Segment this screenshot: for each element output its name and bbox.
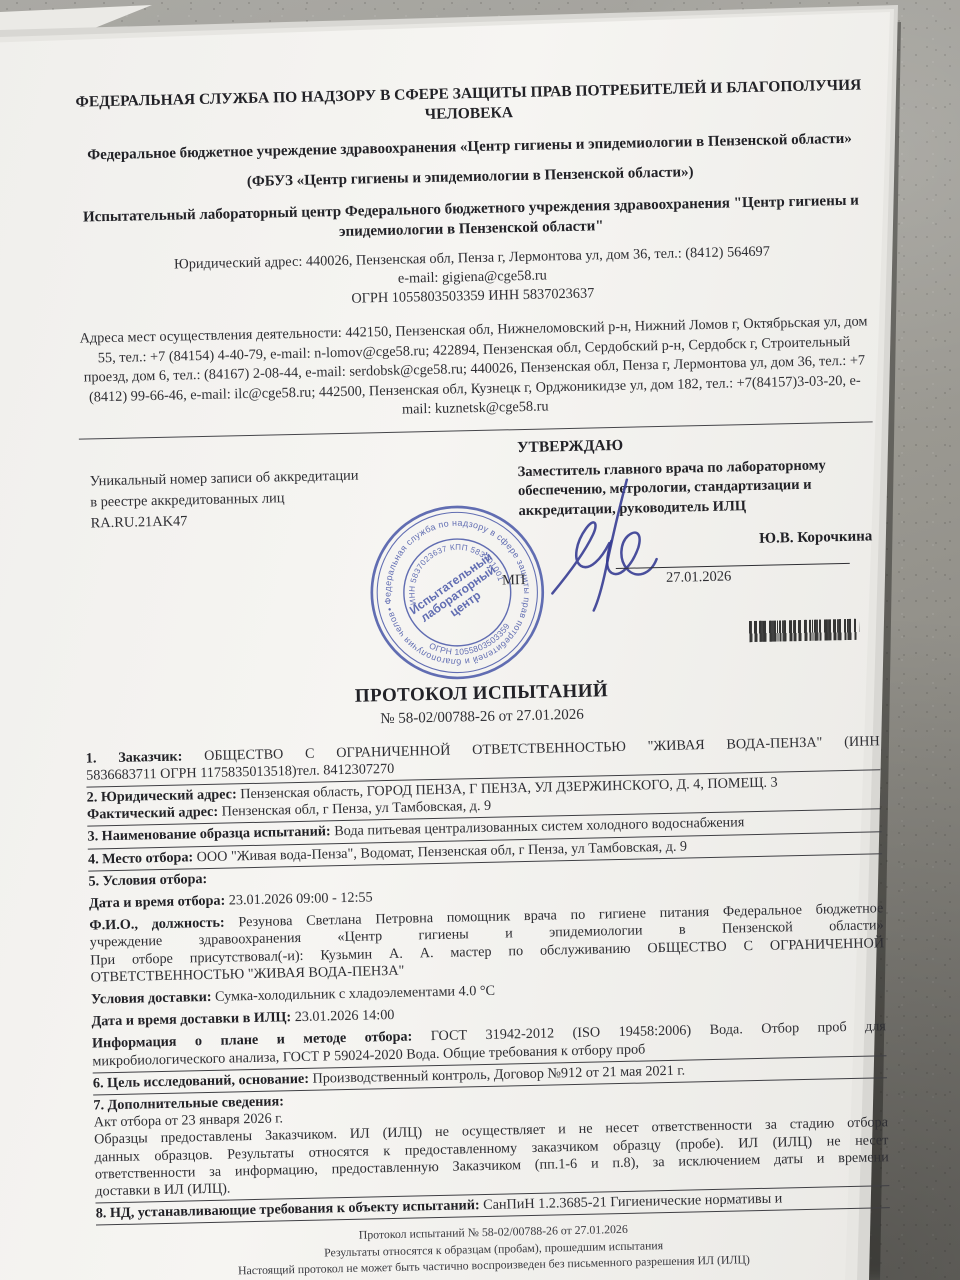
- row-text: доставки в ИЛ (ИЛЦ).: [95, 1181, 230, 1200]
- accreditation-number-block: Уникальный номер записи об аккредитации …: [90, 465, 360, 534]
- protocol-document: ФЕДЕРАЛЬНАЯ СЛУЖБА ПО НАДЗОРУ В СФЕРЕ ЗА…: [14, 15, 921, 1280]
- row-label: 5. Условия отбора:: [88, 871, 207, 890]
- lab-center-name: Испытательный лабораторный центр Федерал…: [74, 190, 869, 247]
- row-label: Фактический адрес:: [87, 804, 222, 823]
- row-label: 6. Цель исследований, основание:: [93, 1070, 313, 1091]
- approval-date: 27.01.2026: [666, 568, 732, 586]
- mp-seal-mark: МП: [502, 571, 526, 589]
- row-text: 23.01.2026 14:00: [295, 1007, 395, 1025]
- row-label: 2. Юридический адрес:: [86, 786, 240, 805]
- organization-short-name: (ФБУЗ «Центр гигиены и эпидемиологии в П…: [73, 158, 867, 195]
- approve-heading: УТВЕРЖДАЮ: [517, 436, 623, 456]
- row-label: 1. Заказчик:: [86, 748, 205, 767]
- row-label: Дата и время доставки в ИЛЦ:: [91, 1009, 295, 1029]
- row-label: Условия доставки:: [91, 989, 215, 1008]
- federal-service-title: ФЕДЕРАЛЬНАЯ СЛУЖБА ПО НАДЗОРУ В СФЕРЕ ЗА…: [71, 75, 866, 132]
- protocol-rows: 1. Заказчик: ОБЩЕСТВО С ОГРАНИЧЕННОЙ ОТВ…: [86, 733, 890, 1226]
- legal-address: Юридический адрес: 440026, Пензенская об…: [75, 240, 870, 314]
- activity-addresses: Адреса мест осуществления деятельности: …: [76, 312, 872, 427]
- row-label: Дата и время отбора:: [89, 892, 229, 911]
- barcode: [749, 618, 859, 641]
- row-text: 23.01.2026 09:00 - 12:55: [229, 889, 373, 908]
- row-text: Сумка-холодильник с хладоэлементами 4.0 …: [215, 983, 495, 1005]
- row-label: Ф.И.О., должность:: [89, 914, 238, 933]
- row-label: 4. Место отбора:: [88, 849, 197, 867]
- approval-section: Уникальный номер записи об аккредитации …: [79, 422, 878, 679]
- signature: [532, 470, 675, 623]
- row-label: 3. Наименование образца испытаний:: [87, 824, 334, 845]
- signer-name: Ю.В. Корочкина: [759, 528, 872, 547]
